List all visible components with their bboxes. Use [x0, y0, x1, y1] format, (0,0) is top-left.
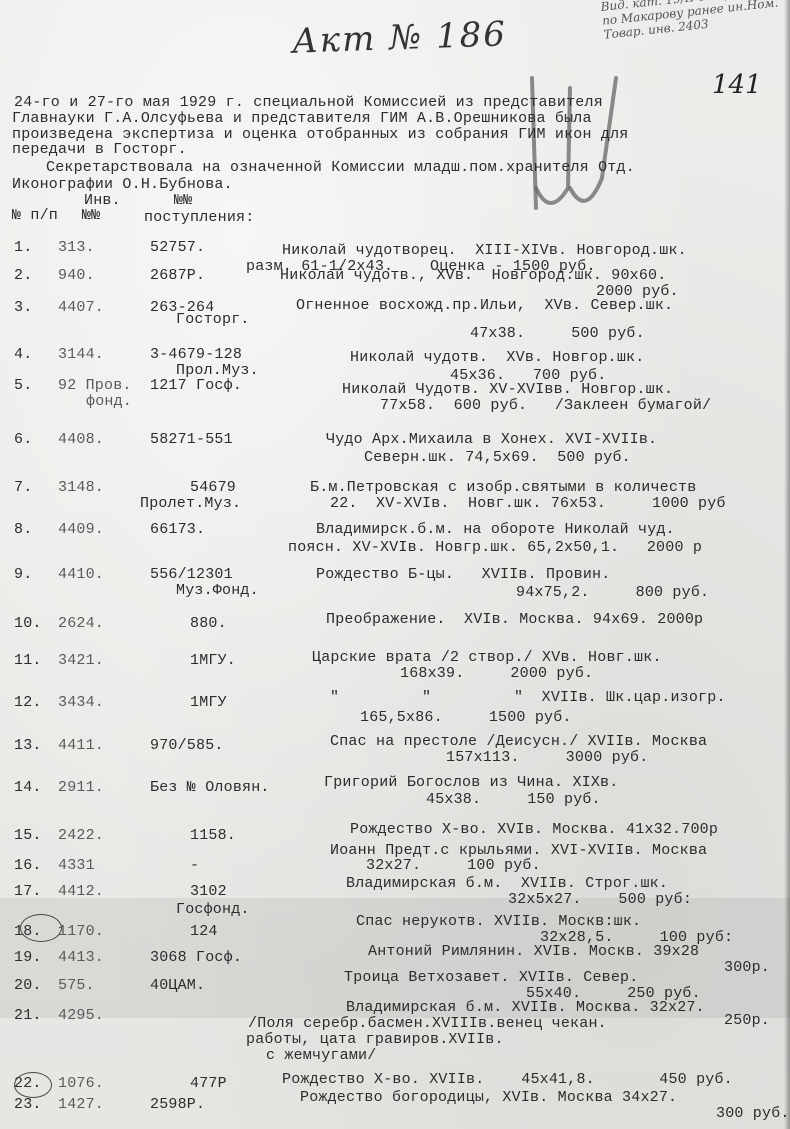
circle-mark	[14, 1072, 52, 1098]
row-description: 45х38. 150 руб.	[426, 792, 601, 808]
row-inventory-note: фонд.	[86, 394, 132, 410]
row-inventory-number: 3434.	[58, 695, 104, 711]
row-description: Рождество Х-во. XVIIв. 45х41,8. 450 руб.	[282, 1072, 733, 1088]
row-acquisition-number: 58271-551	[150, 432, 233, 448]
row-inventory-number: 2911.	[58, 780, 104, 796]
row-acquisition-number: 477Р	[190, 1076, 227, 1092]
row-number: 11.	[14, 653, 42, 669]
row-description: с жемчугами/	[266, 1048, 376, 1064]
row-acquisition-number: 124	[190, 924, 218, 940]
header-line: Главнауки Г.А.Олсуфьева и представителя …	[12, 111, 592, 127]
row-inventory-number: 4407.	[58, 300, 104, 316]
row-description: " " " XVIIв. Шк.цар.изогр.	[330, 690, 726, 706]
act-title: Акт № 186	[291, 14, 507, 61]
row-description: Владимирск.б.м. на обороте Николай чуд.	[316, 522, 675, 538]
row-description: Спас нерукотв. XVIIв. Москв:шк.	[356, 914, 641, 930]
row-description: 168х39. 2000 руб.	[400, 666, 593, 682]
row-inventory-number: 2422.	[58, 828, 104, 844]
column-header-num: № п/п	[12, 208, 58, 224]
row-description: Антоний Римлянин. XVIв. Москв. 39х28	[368, 944, 699, 960]
row-inventory-number: 575.	[58, 978, 95, 994]
row-inventory-number: 4331	[58, 858, 95, 874]
row-description: Рождество Б-цы. XVIIв. Провин.	[316, 567, 610, 583]
row-acquisition-source: Пролет.Муз.	[140, 496, 241, 512]
row-description: Царские врата /2 створ./ XVв. Новг.шк.	[312, 650, 662, 666]
row-acquisition-number: 1МГУ	[190, 695, 227, 711]
row-number: 12.	[14, 695, 42, 711]
row-description: Рождество Х-во. XVIв. Москва. 41х32.700р	[350, 822, 718, 838]
row-description: Григорий Богослов из Чина. XIXв.	[324, 775, 618, 791]
row-description: Чудо Арх.Михаила в Хонех. XVI-XVIIв.	[326, 432, 657, 448]
row-number: 3.	[14, 300, 32, 316]
row-number: 8.	[14, 522, 32, 538]
row-description: 300 руб.	[716, 1106, 790, 1122]
header-line: 24-го и 27-го мая 1929 г. специальной Ко…	[14, 95, 603, 111]
row-inventory-number: 940.	[58, 268, 95, 284]
row-number: 20.	[14, 978, 42, 994]
row-inventory-number: 3144.	[58, 347, 104, 363]
row-number: 4.	[14, 347, 32, 363]
header-line: Иконографии О.Н.Бубнова.	[12, 177, 233, 193]
header-line: Секретарствовала на означенной Комиссии …	[46, 160, 635, 176]
header-line: передачи в Госторг.	[12, 142, 187, 158]
row-acquisition-number: 2687Р.	[150, 268, 205, 284]
row-number: 5.	[14, 378, 32, 394]
row-acquisition-number: 54679	[190, 480, 236, 496]
row-acquisition-source: Госфонд.	[176, 902, 250, 918]
row-inventory-number: 3148.	[58, 480, 104, 496]
row-inventory-number: 4410.	[58, 567, 104, 583]
row-inventory-number: 313.	[58, 240, 95, 256]
row-acquisition-number: Без № Оловян.	[150, 780, 270, 796]
row-description: Владимирская б.м. XVIIв. Москва. 32х27.	[346, 1000, 705, 1016]
row-description: 157х113. 3000 руб.	[446, 750, 648, 766]
row-acquisition-number: 556/12301	[150, 567, 233, 583]
pencil-mark-icon	[520, 68, 640, 218]
circle-mark	[20, 914, 62, 942]
row-inventory-number: 1427.	[58, 1097, 104, 1113]
page-number: 141	[712, 70, 762, 100]
column-header-acq-top: №№	[174, 193, 192, 209]
row-description: Троица Ветхозавет. XVIIв. Север.	[344, 970, 638, 986]
column-header-inv: №№	[82, 208, 100, 224]
row-acquisition-number: 66173.	[150, 522, 205, 538]
row-description: 250р.	[724, 1013, 770, 1029]
row-description: 165,5х86. 1500 руб.	[360, 710, 572, 726]
row-description: Николай чудотворец. XIII-XIVв. Новгород.…	[282, 243, 687, 259]
row-acquisition-number: 1158.	[190, 828, 236, 844]
row-description: 32х5х27. 500 руб:	[508, 892, 692, 908]
row-description: Огненное восхожд.пр.Ильи, XVв. Север.шк.	[296, 298, 673, 314]
row-number: 9.	[14, 567, 32, 583]
row-description: Николай чудотв., XVв. Новгород.шк. 90х60…	[280, 268, 666, 284]
row-acquisition-number: 1217 Госф.	[150, 378, 242, 394]
row-description: Рождество богородицы, XVIв. Москва 34х27…	[300, 1090, 677, 1106]
row-inventory-number: 2624.	[58, 616, 104, 632]
row-acquisition-number: 3102	[190, 884, 227, 900]
row-acquisition-number: 2598Р.	[150, 1097, 205, 1113]
column-header-acq: поступления:	[144, 210, 254, 226]
row-acquisition-number: 3-4679-128	[150, 347, 242, 363]
row-number: 1.	[14, 240, 32, 256]
row-description: 47х38. 500 руб.	[470, 326, 645, 342]
row-acquisition-number: -	[190, 858, 199, 874]
row-number: 2.	[14, 268, 32, 284]
row-number: 10.	[14, 616, 42, 632]
row-acquisition-number: 1МГУ.	[190, 653, 236, 669]
row-description: работы, цата гравиров.XVIIв.	[246, 1032, 504, 1048]
row-number: 17.	[14, 884, 42, 900]
row-description: 32х27. 100 руб.	[366, 858, 541, 874]
row-inventory-number: 4411.	[58, 738, 104, 754]
row-number: 16.	[14, 858, 42, 874]
row-acquisition-number: 880.	[190, 616, 227, 632]
row-inventory-number: 1170.	[58, 924, 104, 940]
row-inventory-number: 4412.	[58, 884, 104, 900]
row-inventory-number: 4413.	[58, 950, 104, 966]
row-inventory-number: 4408.	[58, 432, 104, 448]
row-number: 7.	[14, 480, 32, 496]
row-description: Николай Чудотв. XV-XVIвв. Новгор.шк.	[342, 382, 673, 398]
row-inventory-number: 4409.	[58, 522, 104, 538]
row-description: 22. XV-XVIв. Новг.шк. 76х53. 1000 руб	[330, 496, 726, 512]
row-acquisition-number: 3068 Госф.	[150, 950, 242, 966]
row-number: 23.	[14, 1097, 42, 1113]
row-acquisition-source: Муз.Фонд.	[176, 583, 259, 599]
row-inventory-number: 4295.	[58, 1008, 104, 1024]
row-inventory-number: 1076.	[58, 1076, 104, 1092]
row-acquisition-number: 40ЦАМ.	[150, 978, 205, 994]
row-acquisition-source: Госторг.	[176, 312, 250, 328]
row-description: Владимирская б.м. XVIIв. Строг.шк.	[346, 876, 668, 892]
row-acquisition-number: 52757.	[150, 240, 205, 256]
row-acquisition-number: 970/585.	[150, 738, 224, 754]
row-description: 77х58. 600 руб. /Заклеен бумагой/	[380, 398, 711, 414]
row-description: Северн.шк. 74,5х69. 500 руб.	[364, 450, 631, 466]
row-description: 300р.	[724, 960, 770, 976]
row-number: 21.	[14, 1008, 42, 1024]
row-number: 14.	[14, 780, 42, 796]
row-description: Преображение. XVIв. Москва. 94х69. 2000р	[326, 612, 703, 628]
row-description: 94х75,2. 800 руб.	[516, 585, 709, 601]
row-number: 6.	[14, 432, 32, 448]
row-inventory-number: 3421.	[58, 653, 104, 669]
row-inventory-number: 92 Пров.	[58, 378, 132, 394]
row-description: поясн. XV-XVIв. Новгр.шк. 65,2х50,1. 200…	[288, 540, 702, 556]
row-description: Спас на престоле /Деисусн./ XVIIв. Москв…	[330, 734, 707, 750]
row-description: Николай чудотв. XVв. Новгор.шк.	[350, 350, 644, 366]
row-description: Б.м.Петровская с изобр.святыми в количес…	[310, 480, 696, 496]
row-number: 15.	[14, 828, 42, 844]
row-number: 13.	[14, 738, 42, 754]
row-description: /Поля серебр.басмен.XVIIIв.венец чекан.	[248, 1016, 607, 1032]
row-number: 19.	[14, 950, 42, 966]
